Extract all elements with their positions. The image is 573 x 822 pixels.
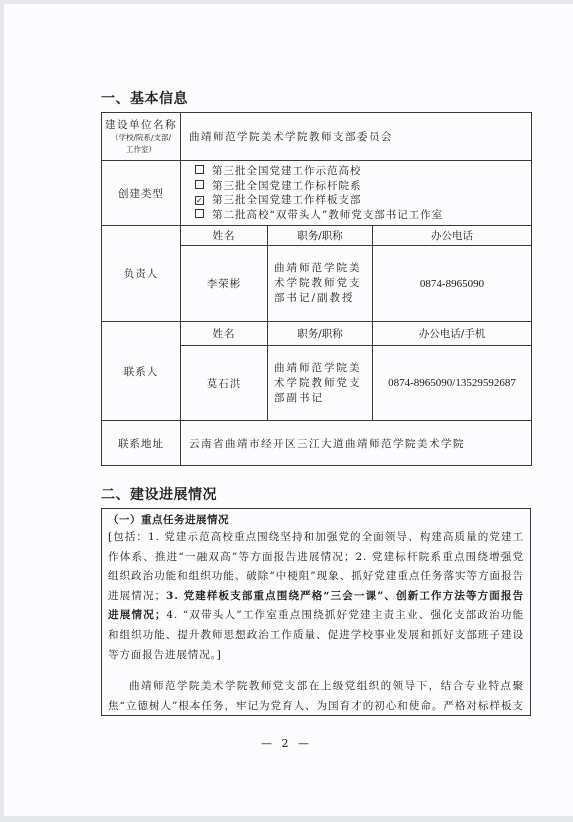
creation-option-label: 第三批全国党建工作标杆院系: [212, 180, 362, 192]
unit-name-label-main: 建设单位名称: [102, 118, 180, 132]
contact-name: 莫石洪: [181, 346, 268, 421]
checkbox-unchecked-icon[interactable]: [195, 180, 204, 189]
creation-option[interactable]: ✓第三批全国党建工作样板支部: [195, 193, 531, 208]
leader-header-row: 负责人 姓名 职务/职称 办公电话: [102, 226, 532, 246]
checkbox-checked-icon[interactable]: ✓: [195, 196, 204, 205]
basic-info-table: 建设单位名称 （学校/院系/支部/ 工作室） 曲靖师范学院美术学院教师支部委员会…: [101, 112, 532, 466]
unit-name-label-sub: （学校/院系/支部/: [102, 132, 180, 144]
leader-label: 负责人: [102, 226, 181, 322]
leader-header-name: 姓名: [181, 226, 268, 246]
checkbox-unchecked-icon[interactable]: [195, 209, 204, 218]
leader-header-phone: 办公电话: [373, 226, 532, 246]
unit-name-row: 建设单位名称 （学校/院系/支部/ 工作室） 曲靖师范学院美术学院教师支部委员会: [102, 113, 532, 161]
body-paragraph: 曲靖师范学院美术学院教师党支部在上级党组织的领导下，结合专业特点聚焦“立德树人”…: [108, 677, 524, 716]
contact-header-role: 职务/职称: [268, 322, 373, 346]
creation-type-row: 创建类型 第三批全国党建工作示范高校 第三批全国党建工作标杆院系 ✓第三批全国党…: [102, 161, 532, 226]
guide-text: [包括：1. 党建示范高校重点围绕坚持和加强党的全面领导、构建高质量的党建工作体…: [108, 528, 524, 665]
guide-text-part2: 4. “双带头人”工作室重点围绕抓好党建主责主业、强化支部政治功能和组织功能、提…: [108, 609, 524, 660]
page-number: — 2 —: [0, 737, 573, 750]
checkbox-unchecked-icon[interactable]: [195, 165, 204, 174]
unit-name-label: 建设单位名称 （学校/院系/支部/ 工作室）: [102, 113, 181, 161]
unit-name-value: 曲靖师范学院美术学院教师支部委员会: [181, 113, 532, 161]
creation-option-label: 第三批全国党建工作样板支部: [212, 194, 362, 206]
leader-role: 曲靖师范学院美术学院教师党支部书记/副教授: [268, 246, 373, 322]
address-value: 云南省曲靖市经开区三江大道曲靖师范学院美术学院: [181, 421, 532, 466]
section-title-basic-info: 一、基本信息: [101, 88, 188, 108]
unit-name-label-sub2: 工作室）: [102, 144, 180, 156]
creation-option[interactable]: 第三批全国党建工作标杆院系: [195, 179, 531, 194]
progress-box: （一）重点任务进展情况 [包括：1. 党建示范高校重点围绕坚持和加强党的全面领导…: [101, 508, 531, 716]
creation-option-label: 第二批高校“双带头人”教师党支部书记工作室: [212, 209, 443, 221]
leader-phone: 0874-8965090: [373, 246, 532, 322]
leader-header-role: 职务/职称: [268, 226, 373, 246]
creation-type-options: 第三批全国党建工作示范高校 第三批全国党建工作标杆院系 ✓第三批全国党建工作样板…: [181, 161, 532, 226]
leader-name: 李荣彬: [181, 246, 268, 322]
contact-header-row: 联系人 姓名 职务/职称 办公电话/手机: [102, 322, 532, 346]
address-label: 联系地址: [102, 421, 181, 466]
subsection-title: （一）重点任务进展情况: [108, 512, 524, 528]
contact-header-phone: 办公电话/手机: [373, 322, 532, 346]
contact-role: 曲靖师范学院美术学院教师党支部副书记: [268, 346, 373, 421]
creation-type-label: 创建类型: [102, 161, 181, 226]
contact-phone: 0874-8965090/13529592687: [373, 346, 532, 421]
address-row: 联系地址 云南省曲靖市经开区三江大道曲靖师范学院美术学院: [102, 421, 532, 466]
contact-header-name: 姓名: [181, 322, 268, 346]
creation-option[interactable]: 第二批高校“双带头人”教师党支部书记工作室: [195, 208, 531, 223]
section-title-progress: 二、建设进展情况: [101, 484, 217, 504]
contact-label: 联系人: [102, 322, 181, 421]
creation-option-label: 第三批全国党建工作示范高校: [212, 165, 362, 177]
creation-option[interactable]: 第三批全国党建工作示范高校: [195, 164, 531, 179]
